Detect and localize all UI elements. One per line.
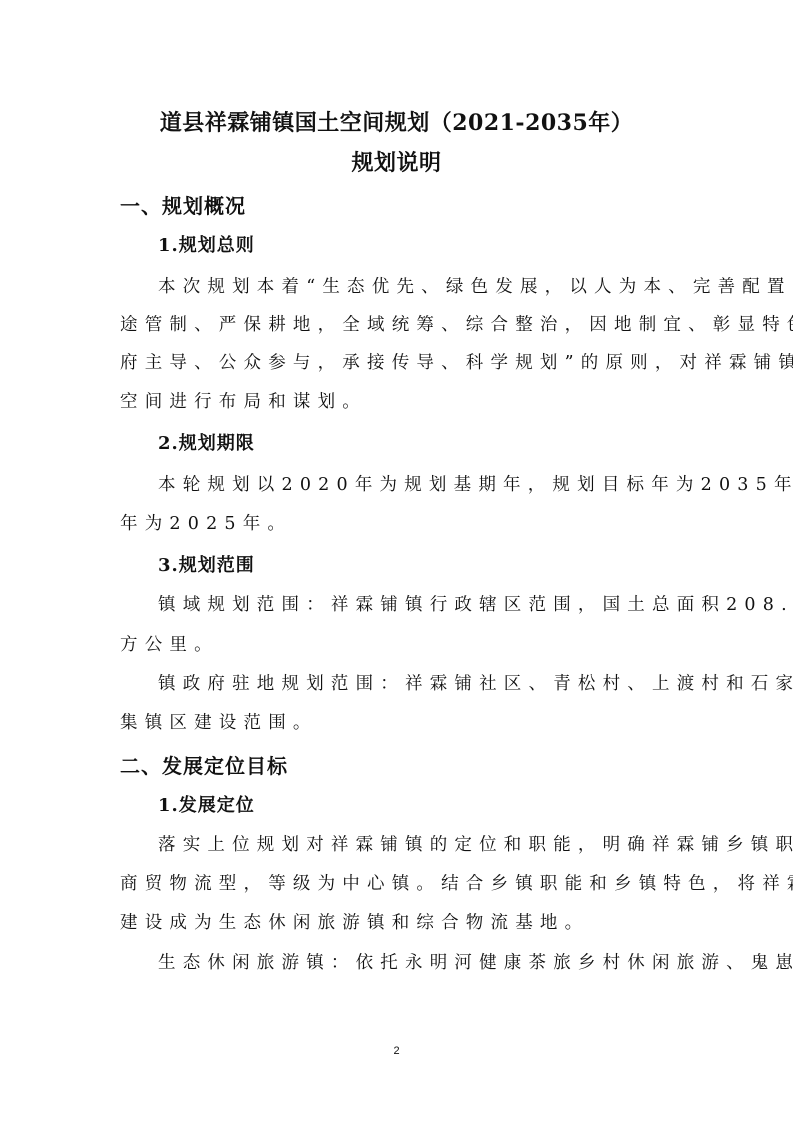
- paragraph-line: 集镇区建设范围。: [120, 709, 673, 734]
- section-heading: 二、发展定位目标: [120, 750, 673, 779]
- page-number: 2: [0, 1045, 793, 1057]
- paragraph-line: 空间进行布局和谋划。: [120, 388, 673, 413]
- paragraph-line: 年为2025年。: [120, 510, 673, 535]
- subsection-heading: 1.规划总则: [158, 231, 711, 257]
- paragraph-line: 府主导、公众参与，承接传导、科学规划”的原则，对祥霖铺镇国土: [120, 349, 673, 374]
- section-heading: 一、规划概况: [120, 190, 673, 219]
- paragraph-line: 途管制、严保耕地，全域统筹、综合整治，因地制宜、彰显特色，政: [120, 311, 673, 336]
- paragraph-line: 镇政府驻地规划范围：祥霖铺社区、青松村、上渡村和石家村的: [158, 670, 673, 695]
- paragraph-line: 方公里。: [120, 631, 673, 656]
- subsection-heading: 3.规划范围: [158, 551, 711, 577]
- document-subtitle: 规划说明: [0, 146, 793, 177]
- document-page: 道县祥霖铺镇国土空间规划（2021-2035年） 规划说明 一、规划概况 1.规…: [0, 0, 793, 1122]
- paragraph-line: 落实上位规划对祥霖铺镇的定位和职能，明确祥霖铺乡镇职能为: [158, 831, 673, 856]
- document-title: 道县祥霖铺镇国土空间规划（2021-2035年）: [0, 106, 793, 137]
- subsection-heading: 1.发展定位: [158, 791, 711, 817]
- paragraph-line: 建设成为生态休闲旅游镇和综合物流基地。: [120, 909, 673, 934]
- paragraph-line: 生态休闲旅游镇：依托永明河健康茶旅乡村休闲旅游、鬼崽岭文: [158, 949, 673, 974]
- paragraph-line: 商贸物流型，等级为中心镇。结合乡镇职能和乡镇特色，将祥霖铺镇: [120, 870, 673, 895]
- paragraph-line: 本轮规划以2020年为规划基期年，规划目标年为2035年，近期: [158, 471, 673, 496]
- paragraph-line: 镇域规划范围：祥霖铺镇行政辖区范围，国土总面积208.24平: [158, 591, 673, 616]
- paragraph-line: 本次规划本着“生态优先、绿色发展，以人为本、完善配置，用: [158, 273, 673, 298]
- subsection-heading: 2.规划期限: [158, 429, 711, 455]
